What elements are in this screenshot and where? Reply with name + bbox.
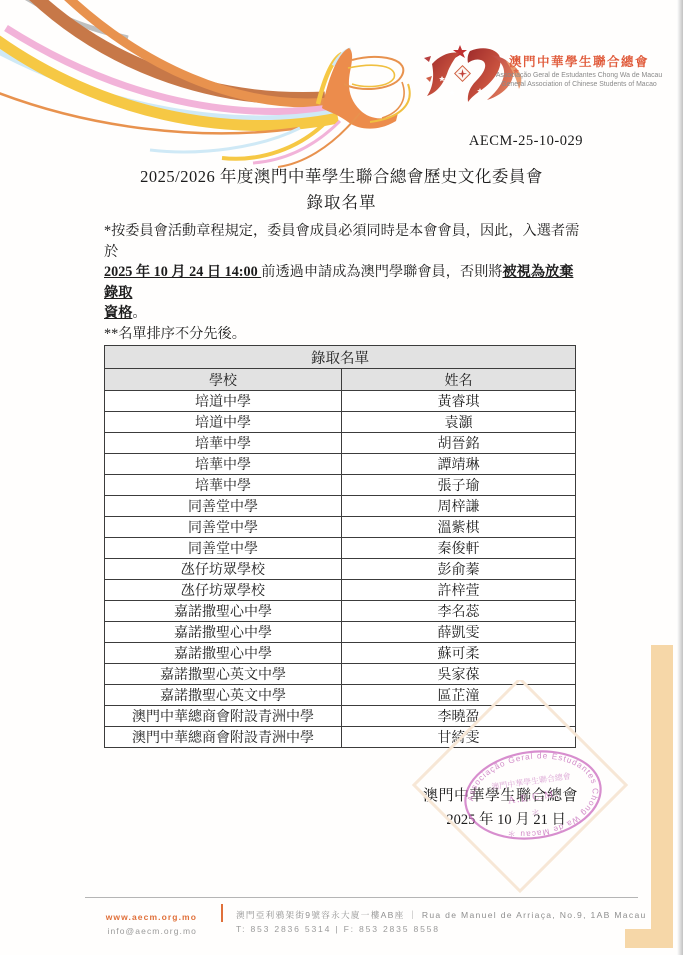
table-caption: 錄取名單 (105, 346, 576, 369)
cell-school: 氹仔坊眾學校 (105, 580, 342, 601)
page-scan-edge (677, 0, 683, 955)
cell-school: 嘉諾撒聖心英文中學 (105, 685, 342, 706)
table-header-row: 學校 姓名 (105, 369, 576, 391)
reference-number: AECM-25-10-029 (469, 133, 583, 150)
cell-name: 黃睿琪 (342, 391, 576, 412)
cell-name: 李名蕊 (342, 601, 576, 622)
cell-name: 區芷潼 (342, 685, 576, 706)
cell-name: 張子瑜 (342, 475, 576, 496)
cell-name: 溫紫棋 (342, 517, 576, 538)
table-row: 嘉諾撒聖心中學蘇可柔 (105, 643, 576, 664)
note-membership-line3: 資格。 (104, 303, 582, 324)
association-name-cn: 澳門中華學生聯合總會 (489, 52, 669, 70)
table-caption-row: 錄取名單 (105, 346, 576, 369)
cell-school: 同善堂中學 (105, 538, 342, 559)
cell-school: 培華中學 (105, 475, 342, 496)
table-row: 嘉諾撒聖心中學李名蕊 (105, 601, 576, 622)
table-row: 氹仔坊眾學校彭俞蓁 (105, 559, 576, 580)
signature-organization: 澳門中華學生聯合總會 (423, 784, 578, 805)
footer-website: www.aecm.org.mo (85, 912, 197, 922)
column-header-name: 姓名 (342, 369, 576, 391)
footer-vertical-divider (221, 904, 223, 922)
cell-school: 培華中學 (105, 433, 342, 454)
cell-name: 蘇可柔 (342, 643, 576, 664)
footer-divider-line (85, 897, 638, 898)
cell-name: 彭俞蓁 (342, 559, 576, 580)
association-name-en: General Association of Chinese Students … (489, 81, 669, 88)
cell-school: 同善堂中學 (105, 517, 342, 538)
table-row: 氹仔坊眾學校許梓萱 (105, 580, 576, 601)
cell-name: 周梓謙 (342, 496, 576, 517)
cell-school: 培道中學 (105, 391, 342, 412)
cell-school: 澳門中華總商會附設青洲中學 (105, 727, 342, 748)
table-row: 同善堂中學周梓謙 (105, 496, 576, 517)
cell-school: 嘉諾撒聖心中學 (105, 643, 342, 664)
cell-school: 同善堂中學 (105, 496, 342, 517)
corner-band-horizontal (625, 929, 673, 948)
cell-name: 秦俊軒 (342, 538, 576, 559)
cell-school: 培華中學 (105, 454, 342, 475)
table-row: 培華中學譚靖琳 (105, 454, 576, 475)
footer-email: info@aecm.org.mo (85, 926, 197, 936)
cell-school: 嘉諾撒聖心中學 (105, 601, 342, 622)
table-row: 嘉諾撒聖心英文中學吳家葆 (105, 664, 576, 685)
cell-school: 氹仔坊眾學校 (105, 559, 342, 580)
cell-school: 嘉諾撒聖心中學 (105, 622, 342, 643)
note-membership-line2: 2025 年 10 月 24 日 14:00 前透過申請成為澳門學聯會員，否則將… (104, 262, 582, 303)
cell-name: 吳家葆 (342, 664, 576, 685)
cell-name: 薛凱雯 (342, 622, 576, 643)
admission-roster-table: 錄取名單 學校 姓名 培道中學黃睿琪 培道中學袁灝 培華中學胡晉銘 培華中學譚靖… (104, 345, 576, 748)
table-row: 培道中學袁灝 (105, 412, 576, 433)
cell-name: 譚靖琳 (342, 454, 576, 475)
cell-school: 嘉諾撒聖心英文中學 (105, 664, 342, 685)
table-row: 同善堂中學溫紫棋 (105, 517, 576, 538)
table-row: 同善堂中學秦俊軒 (105, 538, 576, 559)
cell-name: 李曉盈 (342, 706, 576, 727)
footer-address: 澳門亞利鴉架街9號容永大廈一樓AB座 ｜ Rua de Manuel de Ar… (236, 909, 647, 921)
cell-name: 袁灝 (342, 412, 576, 433)
table-row: 培道中學黃睿琪 (105, 391, 576, 412)
cell-name: 許梓萱 (342, 580, 576, 601)
cell-school: 培道中學 (105, 412, 342, 433)
scanned-document-page: 澳門中華學生聯合總會 Associação Geral de Estudante… (0, 0, 683, 955)
document-title-line2: 錄取名單 (0, 189, 683, 213)
note-order: **名單排序不分先後。 (104, 324, 582, 345)
document-title-line1: 2025/2026 年度澳門中華學生聯合總會歷史文化委員會 (0, 163, 683, 187)
association-name-pt: Associação Geral de Estudantes Chong Wa … (489, 72, 669, 79)
table-row: 嘉諾撒聖心中學薛凱雯 (105, 622, 576, 643)
column-header-school: 學校 (105, 369, 342, 391)
footer-phones: T: 853 2836 5314 | F: 853 2835 8558 (236, 924, 440, 934)
table-row: 培華中學胡晉銘 (105, 433, 576, 454)
corner-band-vertical (651, 645, 673, 948)
signature-date: 2025 年 10 月 21 日 (446, 808, 566, 829)
note-membership-line1: *按委員會活動章程規定，委員會成員必須同時是本會會員，因此，入選者需於 (104, 221, 582, 262)
cell-school: 澳門中華總商會附設青洲中學 (105, 706, 342, 727)
cell-name: 甘綺雯 (342, 727, 576, 748)
notes-block: *按委員會活動章程規定，委員會成員必須同時是本會會員，因此，入選者需於 2025… (104, 221, 582, 365)
table-row: 培華中學張子瑜 (105, 475, 576, 496)
table-row: 嘉諾撒聖心英文中學區芷潼 (105, 685, 576, 706)
cell-name: 胡晉銘 (342, 433, 576, 454)
deadline-text: 2025 年 10 月 24 日 14:00 (104, 264, 261, 280)
association-name-block: 澳門中華學生聯合總會 Associação Geral de Estudante… (489, 52, 669, 88)
table-row: 澳門中華總商會附設青洲中學李曉盈 (105, 706, 576, 727)
table-row: 澳門中華總商會附設青洲中學甘綺雯 (105, 727, 576, 748)
